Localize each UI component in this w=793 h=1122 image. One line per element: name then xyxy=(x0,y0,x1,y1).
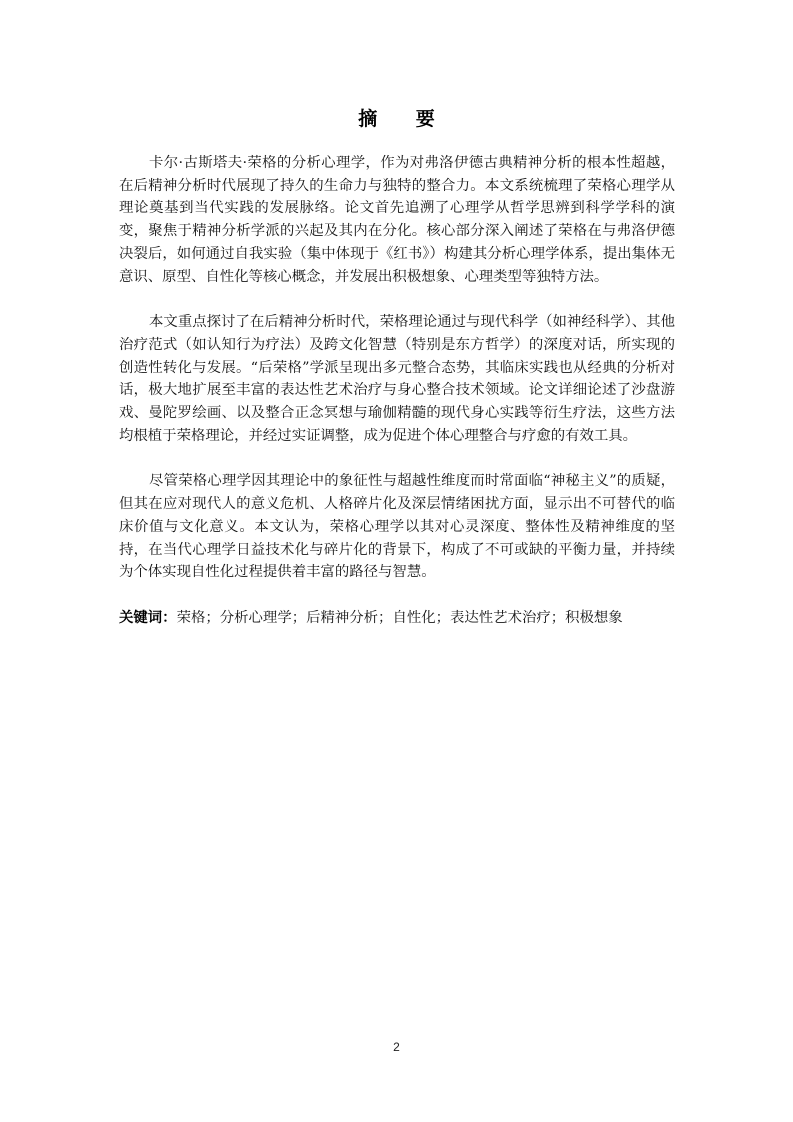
abstract-body: 卡尔·古斯塔夫·荣格的分析心理学，作为对弗洛伊德古典精神分析的根本性超越，在后精… xyxy=(119,152,675,630)
document-page: 摘 要 卡尔·古斯塔夫·荣格的分析心理学，作为对弗洛伊德古典精神分析的根本性超越… xyxy=(0,0,793,1122)
abstract-title: 摘 要 xyxy=(0,104,793,131)
abstract-paragraph-3: 尽管荣格心理学因其理论中的象征性与超越性维度而时常面临“神秘主义”的质疑，但其在… xyxy=(119,470,675,584)
abstract-paragraph-1: 卡尔·古斯塔夫·荣格的分析心理学，作为对弗洛伊德古典精神分析的根本性超越，在后精… xyxy=(119,152,675,288)
abstract-paragraph-2: 本文重点探讨了在后精神分析时代，荣格理论通过与现代科学（如神经科学）、其他治疗范… xyxy=(119,311,675,447)
keywords-line: 关键词：荣格；分析心理学；后精神分析；自性化；表达性艺术治疗；积极想象 xyxy=(119,607,675,630)
keywords-label: 关键词： xyxy=(119,610,177,626)
page-number: 2 xyxy=(0,1040,793,1054)
keywords-value: 荣格；分析心理学；后精神分析；自性化；表达性艺术治疗；积极想象 xyxy=(177,610,623,626)
